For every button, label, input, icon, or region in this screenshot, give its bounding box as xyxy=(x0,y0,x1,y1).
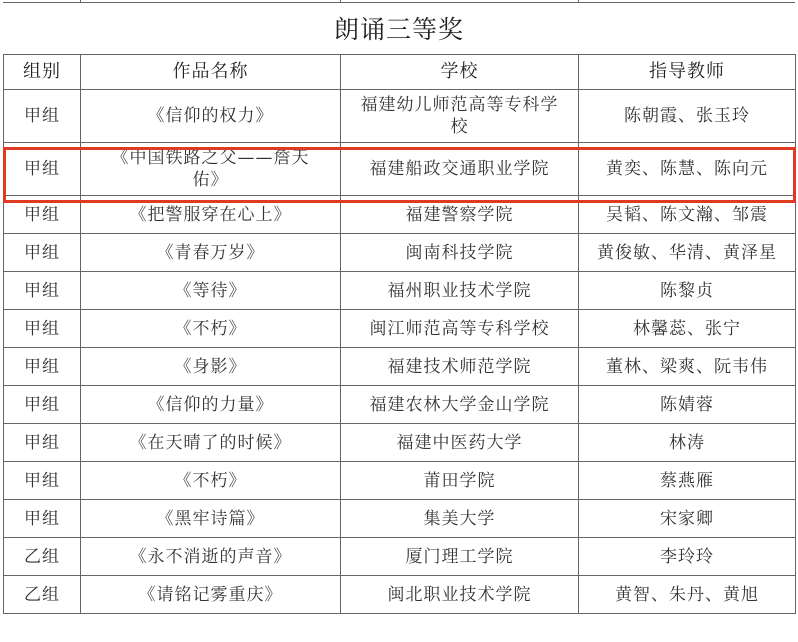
cell-teachers: 李玲玲 xyxy=(579,538,796,576)
cell-school: 闽北职业技术学院 xyxy=(341,576,579,614)
cell-work: 《信仰的权力》 xyxy=(81,90,341,143)
cell-group: 甲组 xyxy=(4,462,81,500)
previous-table-bottom-edge xyxy=(3,0,795,3)
cell-work: 《身影》 xyxy=(81,348,341,386)
cell-school: 福州职业技术学院 xyxy=(341,272,579,310)
table-row-highlighted: 甲组 《中国铁路之父——詹天佑》 福建船政交通职业学院 黄奕、陈慧、陈向元 xyxy=(4,143,796,196)
cell-teachers: 蔡燕雁 xyxy=(579,462,796,500)
table-row: 甲组 《信仰的权力》 福建幼儿师范高等专科学校 陈朝霞、张玉玲 xyxy=(4,90,796,143)
cell-group: 甲组 xyxy=(4,310,81,348)
cell-school: 福建幼儿师范高等专科学校 xyxy=(341,90,579,143)
cell-group: 甲组 xyxy=(4,196,81,234)
award-table: 组别 作品名称 学校 指导教师 甲组 《信仰的权力》 福建幼儿师范高等专科学校 … xyxy=(3,54,796,614)
cell-work: 《信仰的力量》 xyxy=(81,386,341,424)
cell-school: 厦门理工学院 xyxy=(341,538,579,576)
cell-teachers: 陈朝霞、张玉玲 xyxy=(579,90,796,143)
cell-school: 福建技术师范学院 xyxy=(341,348,579,386)
cell-work: 《黑牢诗篇》 xyxy=(81,500,341,538)
header-school: 学校 xyxy=(341,55,579,90)
table-row: 甲组 《在天晴了的时候》 福建中医药大学 林涛 xyxy=(4,424,796,462)
page-title: 朗诵三等奖 xyxy=(0,10,798,46)
cell-group: 甲组 xyxy=(4,272,81,310)
cell-group: 甲组 xyxy=(4,348,81,386)
cell-work: 《等待》 xyxy=(81,272,341,310)
table-row: 甲组 《等待》 福州职业技术学院 陈黎贞 xyxy=(4,272,796,310)
cell-work: 《在天晴了的时候》 xyxy=(81,424,341,462)
cell-teachers: 林馨蕊、张宁 xyxy=(579,310,796,348)
cell-school: 福建警察学院 xyxy=(341,196,579,234)
cell-teachers: 董林、梁爽、阮韦伟 xyxy=(579,348,796,386)
cell-teachers: 陈婧蓉 xyxy=(579,386,796,424)
cell-work: 《青春万岁》 xyxy=(81,234,341,272)
table-header-row: 组别 作品名称 学校 指导教师 xyxy=(4,55,796,90)
table-row: 甲组 《不朽》 闽江师范高等专科学校 林馨蕊、张宁 xyxy=(4,310,796,348)
divider xyxy=(578,0,579,2)
cell-teachers: 宋家卿 xyxy=(579,500,796,538)
cell-school: 福建中医药大学 xyxy=(341,424,579,462)
table-row: 甲组 《信仰的力量》 福建农林大学金山学院 陈婧蓉 xyxy=(4,386,796,424)
cell-teachers: 林涛 xyxy=(579,424,796,462)
cell-work: 《永不消逝的声音》 xyxy=(81,538,341,576)
table-row: 乙组 《永不消逝的声音》 厦门理工学院 李玲玲 xyxy=(4,538,796,576)
cell-school: 福建船政交通职业学院 xyxy=(341,143,579,196)
cell-work: 《中国铁路之父——詹天佑》 xyxy=(81,143,341,196)
cell-group: 甲组 xyxy=(4,234,81,272)
table-row: 甲组 《把警服穿在心上》 福建警察学院 吴韬、陈文瀚、邹震 xyxy=(4,196,796,234)
header-teachers: 指导教师 xyxy=(579,55,796,90)
divider xyxy=(80,0,81,2)
cell-school: 集美大学 xyxy=(341,500,579,538)
table-row: 甲组 《不朽》 莆田学院 蔡燕雁 xyxy=(4,462,796,500)
cell-group: 乙组 xyxy=(4,538,81,576)
cell-work: 《不朽》 xyxy=(81,310,341,348)
cell-teachers: 黄奕、陈慧、陈向元 xyxy=(579,143,796,196)
header-work: 作品名称 xyxy=(81,55,341,90)
divider xyxy=(340,0,341,2)
cell-teachers: 吴韬、陈文瀚、邹震 xyxy=(579,196,796,234)
cell-group: 甲组 xyxy=(4,500,81,538)
cell-work: 《请铭记雾重庆》 xyxy=(81,576,341,614)
table-row: 乙组 《请铭记雾重庆》 闽北职业技术学院 黄智、朱丹、黄旭 xyxy=(4,576,796,614)
cell-work: 《不朽》 xyxy=(81,462,341,500)
cell-school: 莆田学院 xyxy=(341,462,579,500)
header-group: 组别 xyxy=(4,55,81,90)
cell-school: 闽南科技学院 xyxy=(341,234,579,272)
cell-teachers: 黄俊敏、华清、黄泽星 xyxy=(579,234,796,272)
table-row: 甲组 《身影》 福建技术师范学院 董林、梁爽、阮韦伟 xyxy=(4,348,796,386)
cell-group: 甲组 xyxy=(4,143,81,196)
cell-school: 福建农林大学金山学院 xyxy=(341,386,579,424)
cell-group: 甲组 xyxy=(4,386,81,424)
cell-teachers: 陈黎贞 xyxy=(579,272,796,310)
cell-group: 甲组 xyxy=(4,424,81,462)
table-row: 甲组 《青春万岁》 闽南科技学院 黄俊敏、华清、黄泽星 xyxy=(4,234,796,272)
table-row: 甲组 《黑牢诗篇》 集美大学 宋家卿 xyxy=(4,500,796,538)
cell-work: 《把警服穿在心上》 xyxy=(81,196,341,234)
cell-teachers: 黄智、朱丹、黄旭 xyxy=(579,576,796,614)
cell-group: 乙组 xyxy=(4,576,81,614)
cell-group: 甲组 xyxy=(4,90,81,143)
cell-school: 闽江师范高等专科学校 xyxy=(341,310,579,348)
